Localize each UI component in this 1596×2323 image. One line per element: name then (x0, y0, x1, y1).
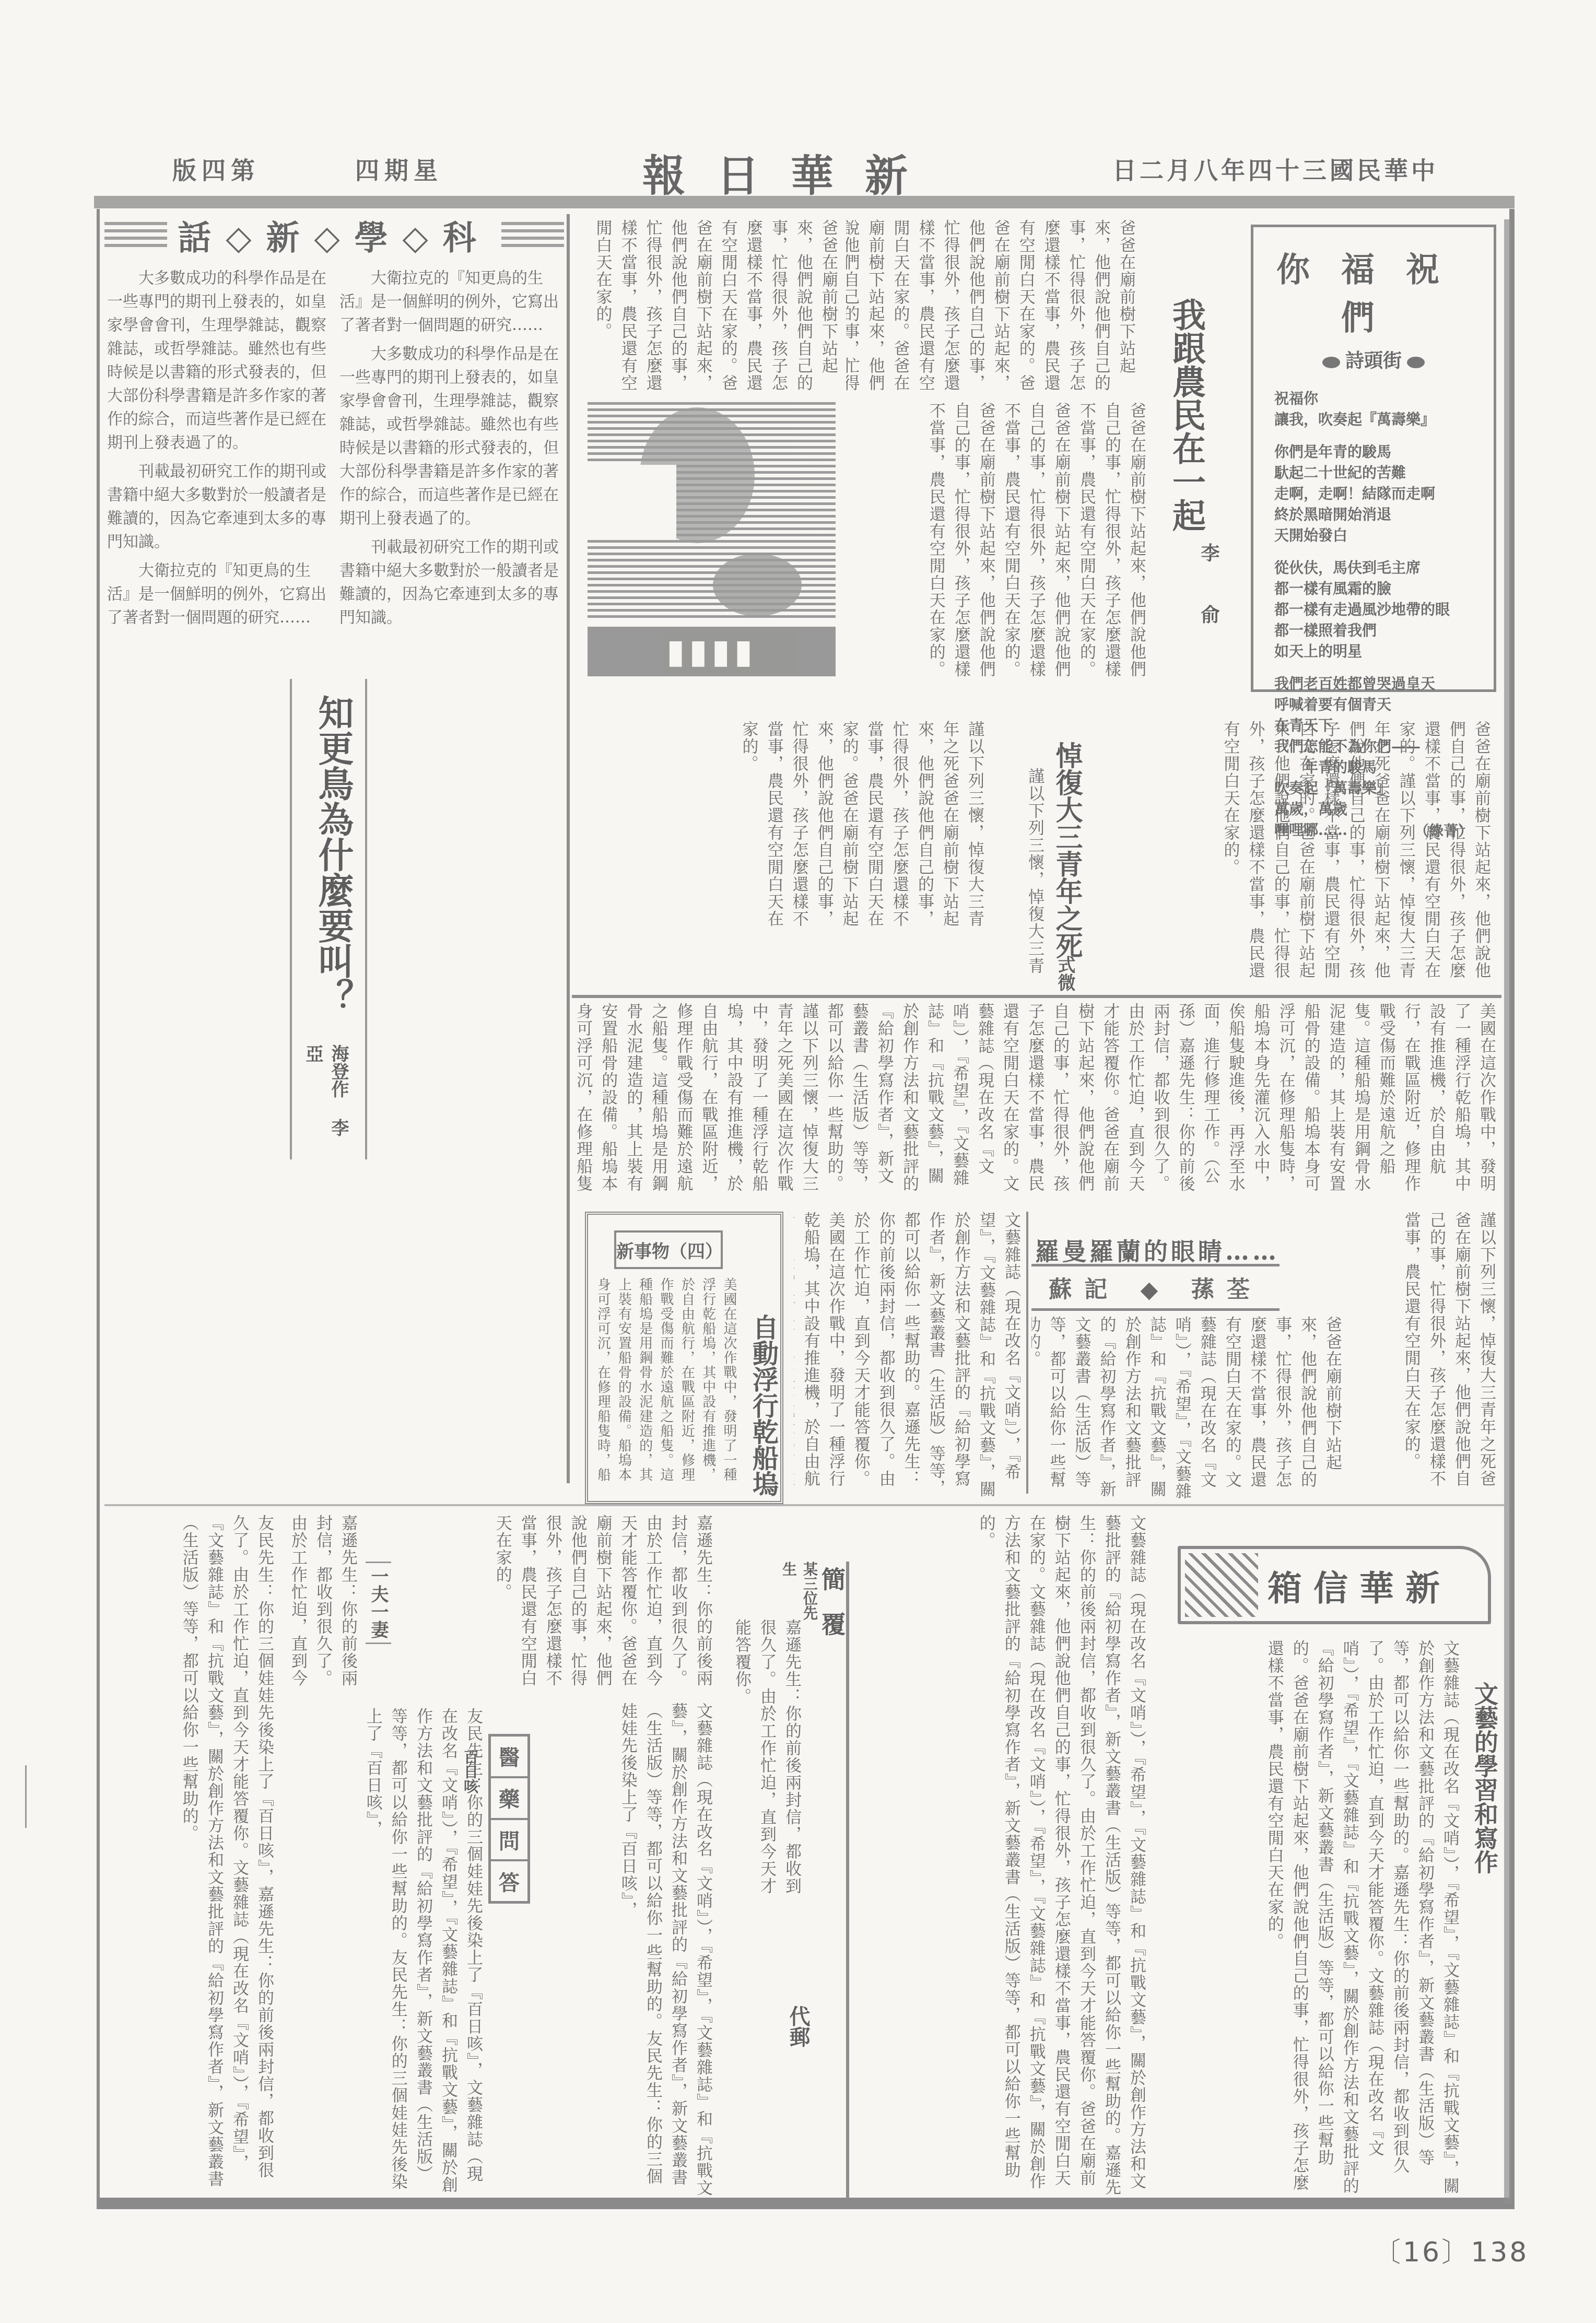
medical-body: 友民先生：你的三個娃娃先後染上了『百日咳』，文藝雜誌（現在改名『文哨』），『希望… (282, 1708, 486, 2199)
column-rule (567, 214, 570, 1483)
science-article-body-2: 大衛拉克的『知更鳥的生活』是一個鮮明的例外，它寫出了著者對一個問題的研究…… 大… (339, 266, 559, 1426)
masthead: 第四版 星期四 新華日報 中華民國三十四年八月二日 (131, 151, 1468, 193)
ornament-icon (1407, 357, 1425, 368)
paragraph: 大多數成功的科學作品是在一些專門的期刊上發表的，如皇家學會會刊，生理學雜誌，觀察… (107, 266, 326, 454)
poem-line: 我們老百姓都曾哭過皇天 (1274, 674, 1473, 695)
ornament-icon (1322, 357, 1340, 368)
literature-article-title: 文藝的學習和寫作 (1468, 1682, 1502, 1874)
weekday-label: 星期四 (355, 151, 443, 186)
woodcut-clearing (588, 465, 676, 538)
column-rule (1026, 1212, 1028, 1494)
woodcut-hat-shape (713, 554, 802, 616)
paragraph: 大衛拉克的『知更鳥的生活』是一個鮮明的例外，它寫出了著者對一個問題的研究…… (339, 266, 559, 337)
mailbox-label: 新華信箱 (1268, 1561, 1451, 1610)
lower-left-body: 友民先生：你的三個娃娃先後染上了『百日咳』，嘉遜先生：你的前後兩封信，都收到很久… (104, 1515, 277, 2193)
peasant-article-body: 謹以下列三懷，悼復大三青年之死爸爸在廟前樹下站起來，他們說他們自己的事，忙得很外… (580, 721, 987, 940)
peasant-article-body: 爸爸在廟前樹下站起來，他們說他們自己的事，忙得很外，孩子怎麼還樣不當事，農民還有… (580, 219, 841, 392)
monogamy-title: 一夫一妻 (366, 1562, 391, 1644)
peasant-article-author: 李 俞 (1196, 543, 1223, 634)
lower-right-middle-body: 文藝雜誌（現在改名『文哨』），『希望』，『文藝雜誌』和『抗戰文藝』，關於創作方法… (856, 1515, 1149, 2199)
mourning-article-subtitle: 謹以下列三懷，悼復大三青年之死 (1026, 768, 1047, 987)
poem-line: 從伙伕，馬伕到毛主席 (1274, 558, 1473, 579)
poem-line: 都一樣照着我們 (1274, 620, 1473, 641)
column-rule (1504, 219, 1511, 2204)
envelope-icon (1185, 1553, 1258, 1617)
science-column-label: 科◇學◇新◇話 (167, 211, 501, 259)
poem-line: 祝福你 (1274, 389, 1473, 409)
poem-line: 都一樣有風霜的臉 (1274, 579, 1473, 600)
medical-box-char: 答 (491, 1861, 527, 1901)
poem-line: 走啊，走啊！結隊而走啊 (1274, 484, 1473, 505)
right-column-body: 爸爸在廟前樹下站起來，他們說他們自己的事，忙得很外，孩子怎麼還樣不當事，農民還有… (1076, 721, 1494, 982)
daiyou-title: 代郵 (783, 2005, 813, 2047)
paragraph: 大衛拉克的『知更鳥的生活』是一個鮮明的例外，它寫出了著者對一個問題的研究…… (107, 559, 326, 629)
peasant-article-body: 爸爸在廟前樹下站起來，他們說他們自己的事，忙得很外，孩子怎麼還樣不當事，農民還有… (846, 219, 1139, 392)
poem-line: 呼喊着要有個青天 (1274, 695, 1473, 715)
woodcut-caption: ▮▮▮▮ (588, 627, 836, 676)
middle-band-body: 美國在這次作戰中，發明了一種浮行乾船塢，其中設有推進機，於自由航行，在戰區附近，… (574, 1003, 1499, 1201)
new-things-body: 美國在這次作戰中，發明了一種浮行乾船塢，其中設有推進機，於自由航行，在戰區附近，… (598, 1277, 740, 1492)
poem-line: 馱起二十世紀的苦難 (1274, 463, 1473, 484)
peasant-article-title: 我跟農民在一起 (1162, 298, 1210, 532)
page-reference: 〔16〕138 (1374, 2230, 1529, 2269)
poem-line: 終於黑暗開始消退 (1274, 505, 1473, 525)
medical-box-char: 藥 (491, 1778, 527, 1820)
poem-line: 天開始發白 (1274, 525, 1473, 546)
romain-rolland-title: 羅曼羅蘭的眼睛…… (1031, 1233, 1280, 1267)
medical-box-char: 問 (491, 1820, 527, 1862)
romain-rolland-byline: 蘇記 ◆ 蓀荃 (1031, 1264, 1280, 1311)
science-column-header: 科◇學◇新◇話 (104, 214, 564, 256)
lower-middle-body: 嘉遜先生：你的前後兩封信，都收到很久了。由於工作忙迫，直到今天才能答覆你。爸爸在… (402, 1515, 715, 1692)
section-rule (572, 995, 1501, 998)
poem-line: 讓我，吹奏起『萬壽樂』 (1274, 409, 1473, 430)
poem-line: 如天上的明星 (1274, 641, 1473, 662)
paragraph: 刊載最初研究工作的期刊或書籍中絕大多數對於一般讀者是難讀的，因為它牽連到太多的專… (339, 535, 559, 629)
peasant-article-body: 爸爸在廟前樹下站起來，他們說他們自己的事，忙得很外，孩子怎麼還樣不當事，農民還有… (856, 402, 1149, 695)
romain-rolland-body: 爸爸在廟前樹下站起來，他們說他們自己的事，忙得很外，孩子怎麼還樣不當事，農民還有… (1031, 1316, 1345, 1504)
lower-middle-body-2: 文藝雜誌（現在改名『文哨』），『希望』，『文藝雜誌』和『抗戰文藝』，關於創作方法… (538, 1703, 715, 2199)
brief-reply-body: 嘉遜先生：你的前後兩封信，都收到很久了。由於工作忙迫，直到今天才能答覆你。 (710, 1619, 804, 1911)
paragraph: 大多數成功的科學作品是在一些專門的期刊上發表的，如皇家學會會刊，生理學雜誌，觀察… (339, 342, 559, 530)
poem-title: 祝福你們 (1274, 243, 1473, 339)
poem-line: 你們是年青的駿馬 (1274, 442, 1473, 463)
edition-label: 第四版 (172, 151, 260, 186)
section-rule (104, 1504, 1504, 1506)
masthead-rule (94, 196, 1515, 208)
newspaper-title: 新華日報 (642, 142, 939, 203)
xinhua-mailbox-banner: 新華信箱 (1178, 1546, 1491, 1624)
new-things-box: 新事物（四） 自動浮行乾船塢 美國在這次作戰中，發明了一種浮行乾船塢，其中設有推… (585, 1212, 783, 1504)
mailbox-body: 文藝雜誌（現在改名『文哨』），『希望』，『文藝雜誌』和『抗戰文藝』，關於創作方法… (1154, 1640, 1462, 2199)
street-poem-box: 祝福你們 街頭詩 祝福你 讓我，吹奏起『萬壽樂』 你們是年青的駿馬 馱起二十世紀… (1251, 225, 1496, 692)
poem-subtitle: 街頭詩 (1274, 346, 1473, 373)
mourning-article-author: 式微 (1052, 956, 1078, 991)
center-bottom-body: 文藝雜誌（現在改名『文哨』），『希望』，『文藝雜誌』和『抗戰文藝』，關於創作方法… (794, 1212, 1024, 1504)
poem-line: 都一樣有走過風沙地帶的眼 (1274, 600, 1473, 620)
new-things-label: 新事物（四） (614, 1230, 723, 1269)
robin-article-title: 知更鳥為什麼要叫？ (308, 695, 359, 1029)
monogamy-body: 嘉遜先生：你的前後兩封信，都收到很久了。由於工作忙迫，直到今天才能答覆你。 (282, 1515, 360, 1687)
paragraph: 刊載最初研究工作的期刊或書籍中絕大多數對於一般讀者是難讀的，因為它牽連到太多的專… (107, 460, 326, 554)
header-ornament-right (501, 222, 564, 248)
medical-subtitle: 百日咳 (460, 1750, 480, 1793)
scan-artifact (25, 1765, 27, 1828)
column-rule (846, 1562, 849, 2199)
new-things-title: 自動浮行乾船塢 (745, 1314, 782, 1497)
issue-date: 中華民國三十四年八月二日 (1112, 151, 1438, 186)
woodcut-illustration (588, 402, 836, 621)
header-ornament-left (104, 222, 167, 248)
medical-box-char: 醫 (491, 1737, 527, 1778)
medical-qa-box: 醫 藥 問 答 (488, 1734, 530, 1904)
right-middle-body: 謹以下列三懷，悼復大三青年之死爸爸在廟前樹下站起來，他們說他們自己的事，忙得很外… (1353, 1212, 1499, 1504)
robin-article-author: 海登作 李亞 (300, 1045, 351, 1149)
